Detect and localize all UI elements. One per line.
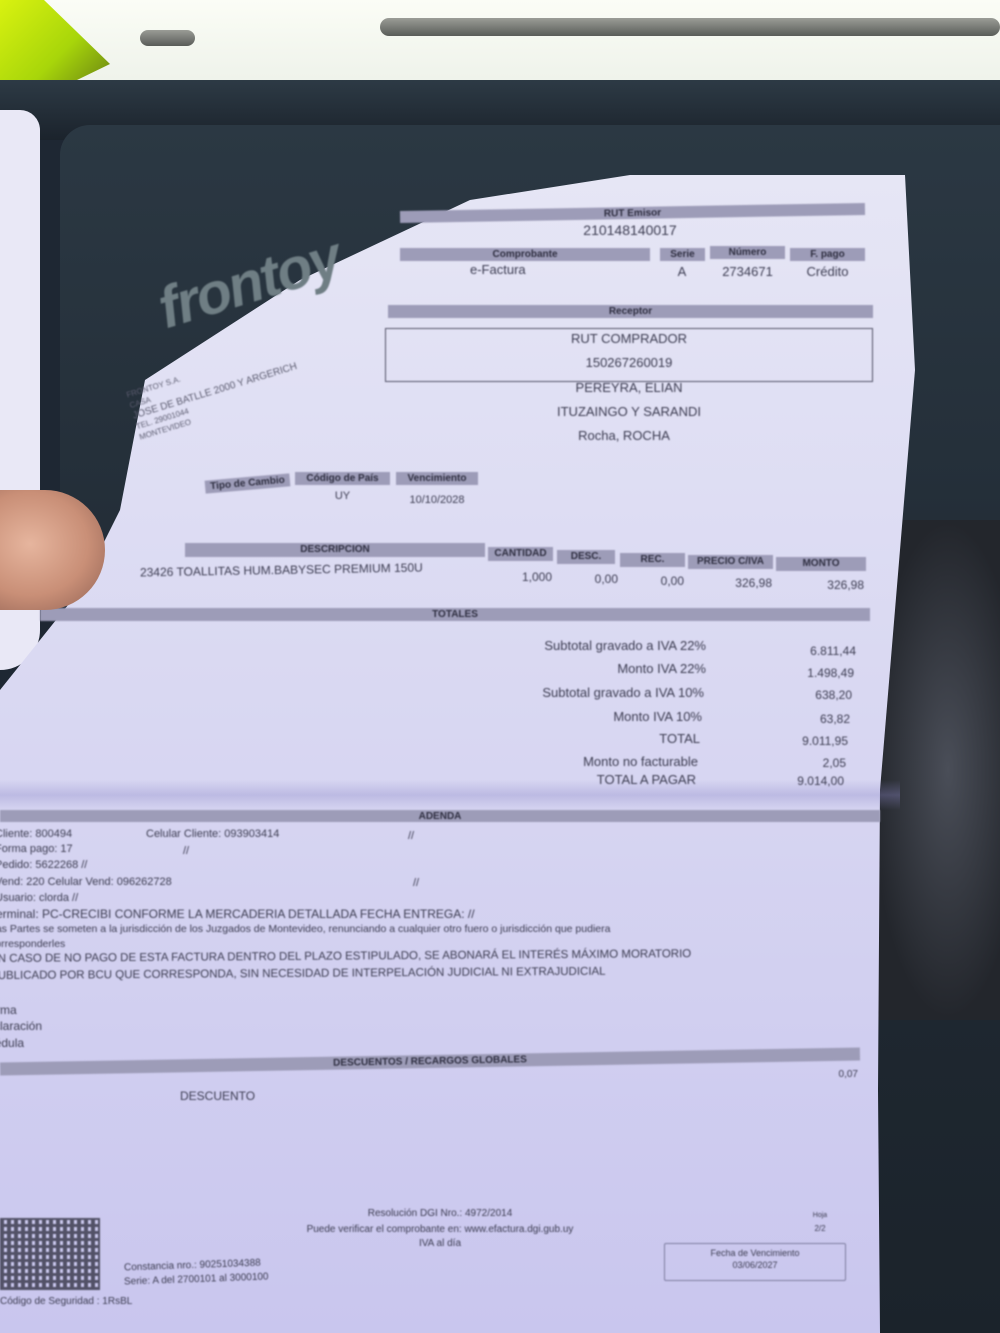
invoice-document: frontoy FRONTOY S.A. CASA JOSE DE BATLLE… [0, 0, 1000, 1333]
adenda-sep: // [183, 845, 189, 857]
item-rec: 0,00 [622, 574, 684, 588]
rut-emisor-header: RUT Emisor [400, 203, 865, 223]
total-value: 9.014,00 [760, 774, 844, 788]
adenda-sep: // [408, 830, 414, 842]
total-label: Subtotal gravado a IVA 22% [450, 638, 706, 653]
adenda-sep: // [413, 877, 419, 889]
hoja-value: 2/2 [800, 1224, 840, 1233]
constancia: Constancia nro.: 90251034388 [124, 1258, 261, 1274]
descuentos-header: DESCUENTOS / RECARGOS GLOBALES [0, 1047, 860, 1075]
cliente-ciudad: Rocha, ROCHA [385, 428, 863, 443]
fecha-vencimiento-value: 03/06/2027 [664, 1260, 846, 1270]
fecha-vencimiento-label: Fecha de Vencimiento [664, 1248, 846, 1258]
total-value: 2,05 [760, 756, 846, 770]
adenda-line-extra: Celular Cliente: 093903414 [146, 828, 279, 840]
fpago-value: Crédito [790, 264, 865, 279]
adenda-line: Cliente: 800494 [0, 828, 72, 840]
total-value: 638,20 [760, 688, 852, 702]
vencimiento-header: Vencimiento [396, 472, 478, 485]
serie-value: A [662, 264, 702, 279]
adenda-header: ADENDA [0, 810, 880, 822]
firma-line: Firma [0, 1003, 17, 1017]
cedula-line: Cédula [0, 1036, 24, 1050]
rut-comprador-value: 150267260019 [385, 355, 873, 370]
serie-rango: Serie: A del 2700101 al 3000100 [124, 1271, 269, 1287]
numero-header: Número [710, 246, 785, 259]
comprobante-header: Comprobante [400, 248, 650, 261]
total-label: TOTAL A PAGAR [450, 772, 696, 787]
serie-header: Serie [660, 248, 705, 261]
codigo-pais-header: Código de País [295, 472, 390, 485]
item-descripcion: 23426 TOALLITAS HUM.BABYSEC PREMIUM 150U [140, 561, 423, 580]
comprobante-value: e-Factura [470, 262, 526, 277]
col-rec: REC. [620, 553, 685, 567]
total-value: 6.811,44 [760, 644, 856, 658]
item-monto: 326,98 [778, 578, 864, 592]
cliente-nombre: PEREYRA, ELIAN [385, 380, 873, 395]
adenda-terminal: Terminal: PC-CRECIBI CONFORME LA MERCADE… [0, 907, 475, 921]
totales-header: TOTALES [40, 608, 870, 621]
total-label: Monto no facturable [450, 754, 698, 769]
item-cantidad: 1,000 [490, 570, 552, 584]
col-precio: PRECIO C/IVA [688, 555, 773, 569]
adenda-line: Forma pago: 17 [0, 843, 73, 855]
adenda-mora-2: PUBLICADO POR BCU QUE CORRESPONDA, SIN N… [0, 966, 606, 982]
total-value: 1.498,49 [760, 666, 854, 680]
col-descripcion: DESCRIPCION [185, 543, 485, 557]
adenda-jurisdiccion: Las Partes se someten a la jurisdicción … [0, 923, 610, 935]
hoja-label: Hoja [800, 1212, 840, 1219]
rut-emisor-value: 210148140017 [540, 222, 720, 238]
rut-comprador-label: RUT COMPRADOR [385, 331, 873, 346]
adenda-mora-1: EN CASO DE NO PAGO DE ESTA FACTURA DENTR… [0, 948, 691, 965]
adenda-line: Vend: 220 Celular Vend: 096262728 [0, 876, 172, 888]
descuento-value: 0,07 [800, 1069, 858, 1080]
total-label: Subtotal gravado a IVA 10% [450, 685, 704, 700]
vencimiento-value: 10/10/2028 [396, 494, 478, 506]
verificar-url: Puede verificar el comprobante en: www.e… [240, 1224, 640, 1235]
total-value: 63,82 [760, 712, 850, 726]
issuer-info: FRONTOY S.A. CASA JOSE DE BATLLE 2000 Y … [125, 340, 305, 443]
adenda-line: Usuario: clorda // [0, 892, 78, 904]
adenda-jurisdiccion-2: corresponderles [0, 938, 65, 950]
col-monto: MONTO [776, 557, 866, 571]
codigo-pais-value: UY [295, 490, 390, 502]
iva-al-dia: IVA al día [340, 1238, 540, 1249]
tipo-cambio-header: Tipo de Cambio [205, 473, 291, 493]
cliente-direccion: ITUZAINGO Y SARANDI [385, 404, 873, 419]
total-label: Monto IVA 22% [450, 661, 706, 676]
frontoy-logo: frontoy [150, 224, 347, 342]
item-precio: 326,98 [690, 576, 772, 590]
descuento-label: DESCUENTO [180, 1089, 255, 1103]
qr-code [0, 1218, 100, 1290]
numero-value: 2734671 [710, 264, 785, 279]
total-value: 9.011,95 [760, 734, 848, 748]
adenda-line: Pedido: 5622268 // [0, 859, 87, 871]
item-desc: 0,00 [560, 572, 618, 586]
col-desc: DESC. [557, 550, 615, 564]
col-cantidad: CANTIDAD [488, 547, 553, 561]
codigo-seguridad: Código de Seguridad : 1RsBL [0, 1296, 132, 1307]
total-label: Monto IVA 10% [450, 709, 702, 724]
aclaracion-line: Aclaración [0, 1019, 42, 1033]
total-label: TOTAL [450, 731, 700, 746]
fpago-header: F. pago [790, 248, 865, 261]
resolucion-dgi: Resolución DGI Nro.: 4972/2014 [280, 1208, 600, 1219]
receptor-header: Receptor [388, 305, 873, 318]
